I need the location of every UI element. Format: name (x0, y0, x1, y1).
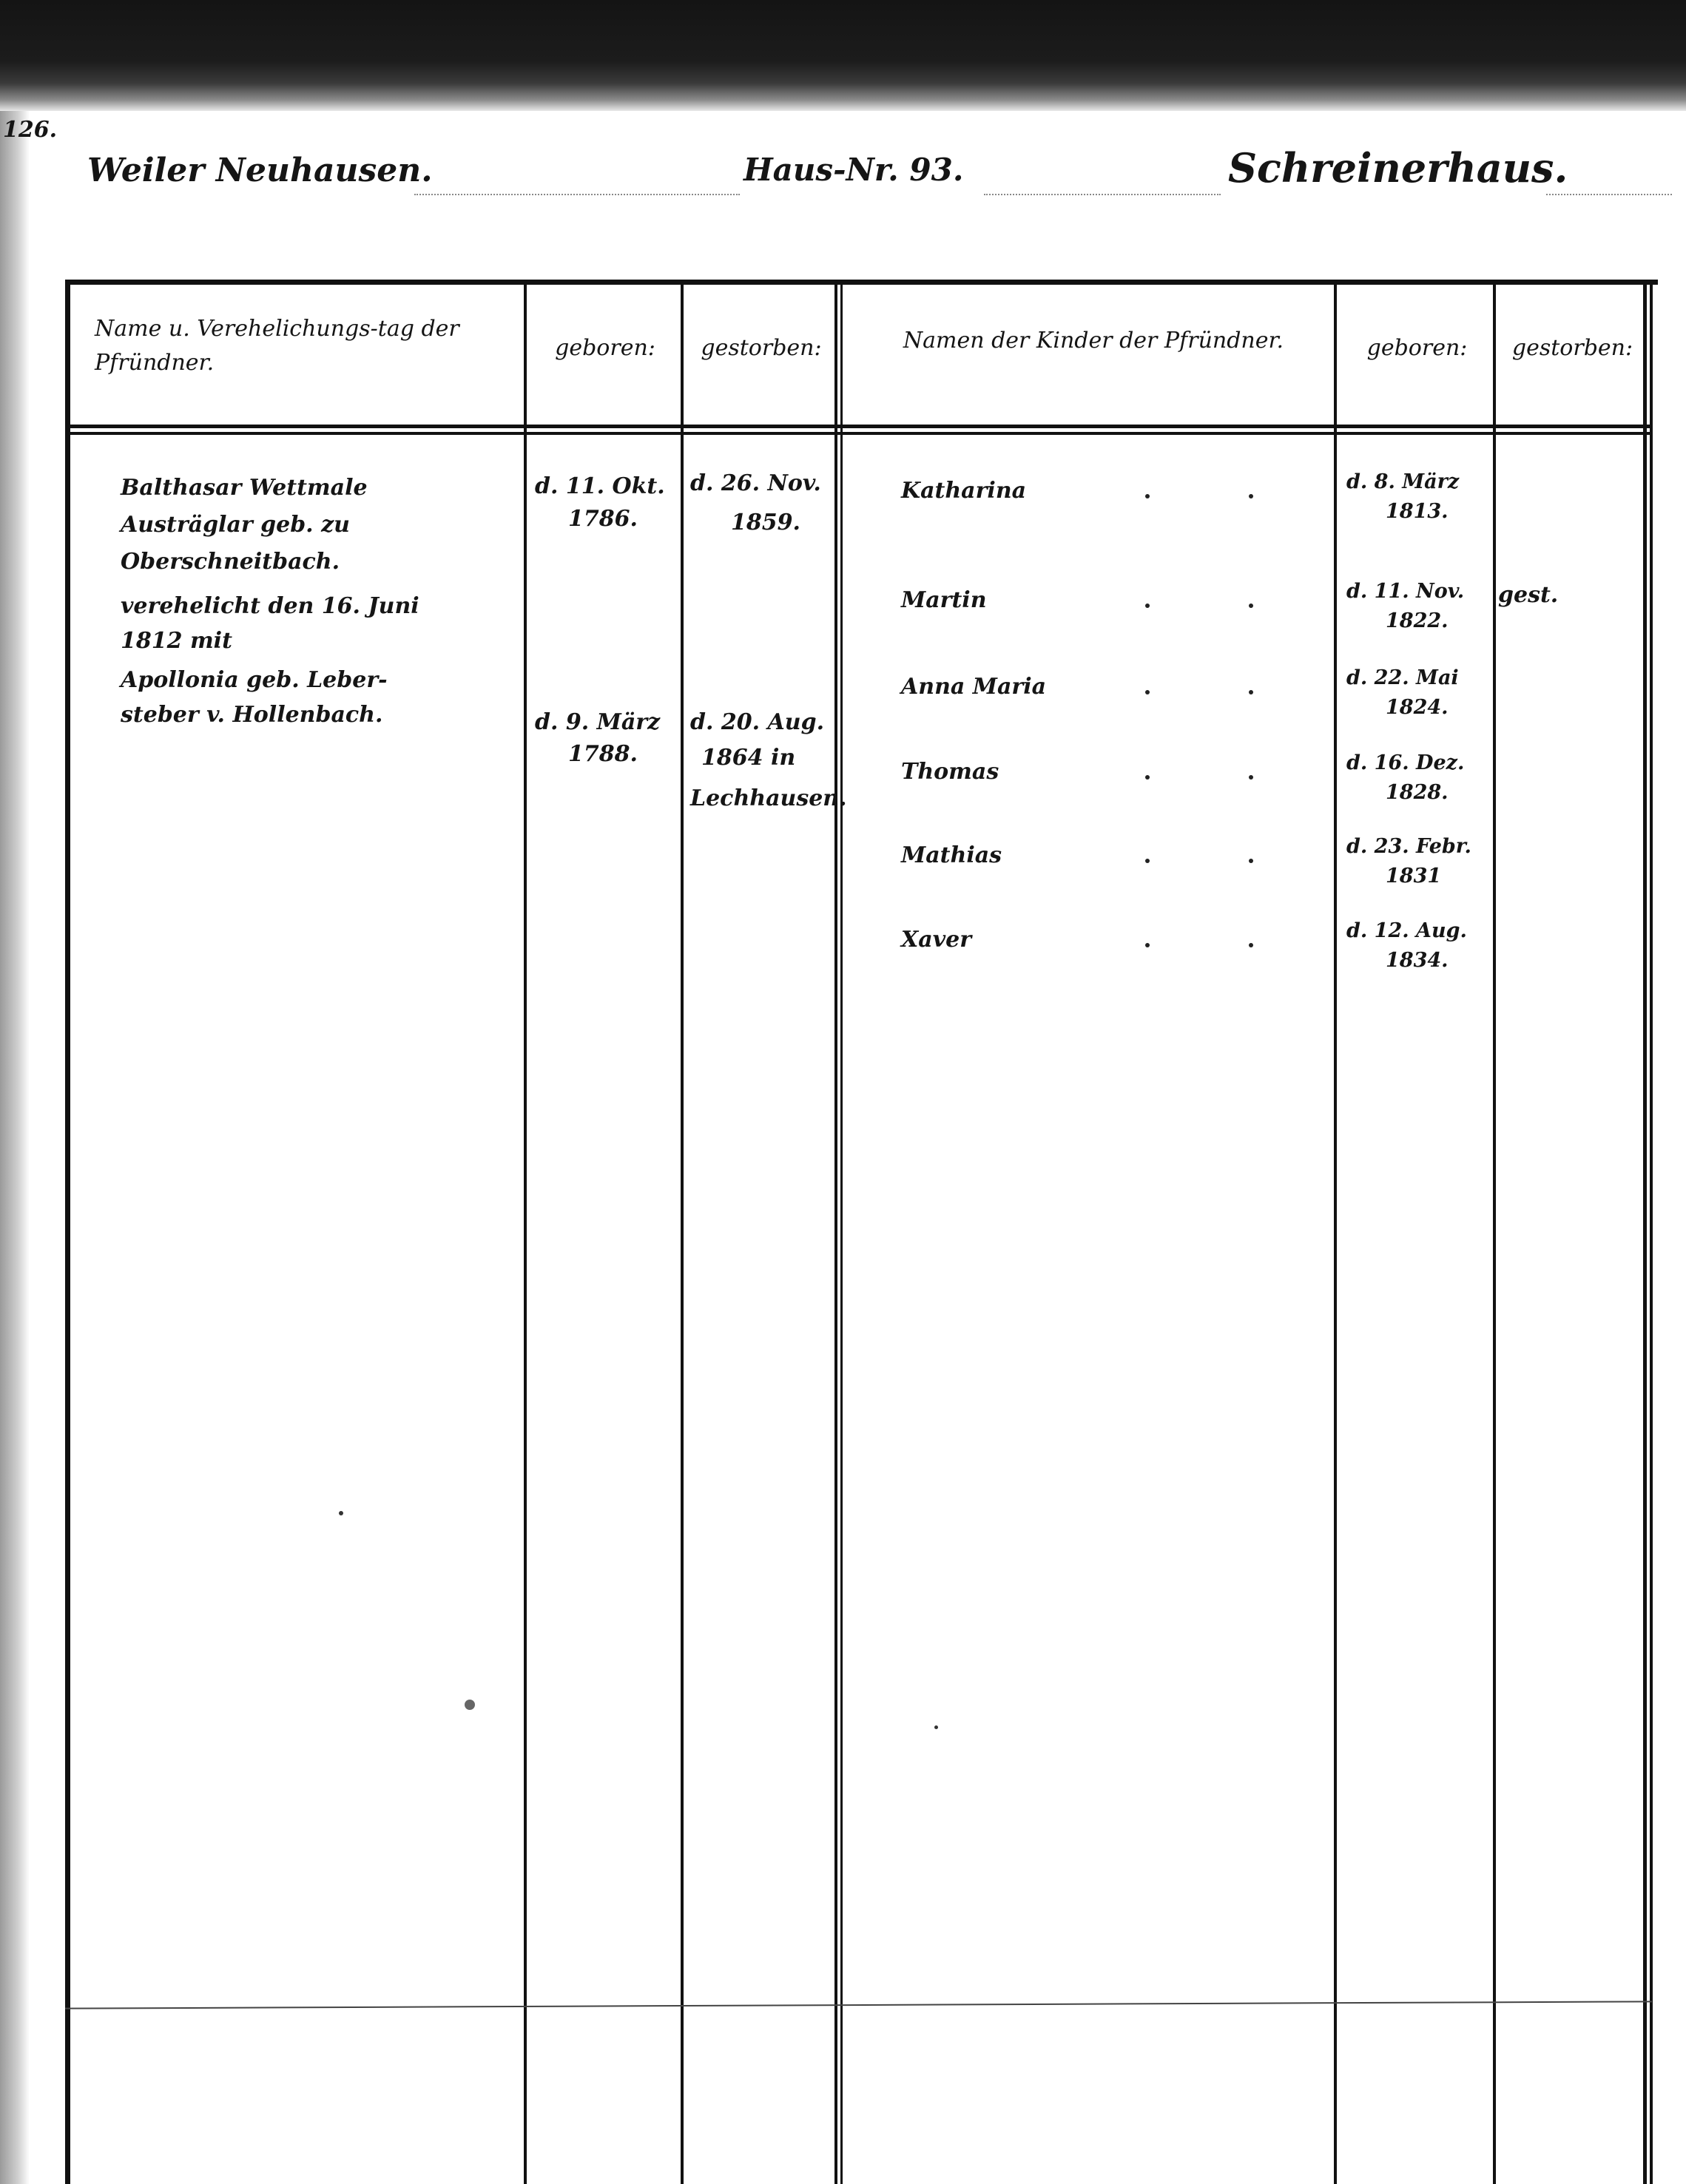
column-divider (1493, 280, 1496, 2184)
register-table: Name u. Verehelichungs-tag der Pfründner… (65, 280, 1652, 2184)
house-number: Haus-Nr. 93. (743, 152, 964, 188)
husband-born: d. 11. Okt. (535, 469, 665, 504)
parents-line: 1812 mit (121, 623, 232, 659)
husband-born-year: 1786. (568, 501, 638, 537)
wife-born: d. 9. März (535, 705, 660, 740)
header-parent-born: geboren: (539, 331, 672, 365)
paper-speck (934, 1725, 938, 1729)
leader-dot (1145, 859, 1150, 863)
page-number: 126. (3, 117, 57, 143)
parents-line: verehelicht den 16. Juni (121, 589, 419, 624)
child-name: Martin (901, 583, 987, 618)
house-name: Schreinerhaus. (1228, 144, 1568, 192)
husband-died: d. 26. Nov. (690, 466, 821, 501)
column-divider (834, 280, 837, 2184)
child-name: Anna Maria (901, 669, 1046, 705)
leader-dot (1145, 943, 1150, 947)
header-parent-name: Name u. Verehelichungs-tag der Pfründner… (95, 312, 509, 380)
lower-rule (65, 2001, 1652, 2009)
child-born-year: 1822. (1386, 604, 1449, 639)
scan-dark-border (0, 0, 1686, 111)
place-name: Weiler Neuhausen. (87, 152, 433, 189)
leader-dot (1145, 775, 1150, 780)
wife-died-place: Lechhausen. (690, 781, 847, 817)
leader-dot (1145, 690, 1150, 694)
leader-dot (1249, 859, 1253, 863)
column-divider-double (840, 280, 843, 2184)
paper-speck (465, 1700, 475, 1710)
table-left-border (65, 280, 70, 2184)
child-born-year: 1834. (1386, 943, 1449, 978)
child-died: gest. (1498, 578, 1558, 613)
child-name: Katharina (901, 473, 1026, 509)
column-divider (681, 280, 684, 2184)
column-divider (1334, 280, 1337, 2184)
parents-line: Oberschneitbach. (121, 544, 340, 580)
table-top-border (65, 280, 1658, 285)
paper-speck (339, 1511, 343, 1515)
child-born-year: 1831 (1386, 859, 1441, 894)
child-born-year: 1813. (1386, 494, 1449, 530)
heading-rule (984, 194, 1221, 195)
leader-dot (1249, 494, 1253, 498)
scan-left-shadow (0, 111, 30, 2184)
header-rule (65, 425, 1652, 428)
leader-dot (1249, 943, 1253, 947)
header-parent-died: gestorben: (691, 331, 832, 365)
wife-died: d. 20. Aug. (690, 705, 824, 740)
child-name: Mathias (901, 838, 1002, 873)
child-born-year: 1828. (1386, 775, 1449, 811)
column-divider (524, 280, 527, 2184)
header-rule-2 (65, 432, 1652, 435)
child-born-year: 1824. (1386, 690, 1449, 726)
heading-rule (1546, 194, 1672, 195)
header-child-died: gestorben: (1500, 331, 1645, 365)
child-name: Xaver (901, 922, 971, 958)
heading-rule (414, 194, 740, 195)
wife-died-year: 1864 in (701, 740, 795, 776)
parents-line: steber v. Hollenbach. (121, 697, 382, 733)
leader-dot (1249, 775, 1253, 780)
leader-dot (1145, 604, 1150, 608)
child-name: Thomas (901, 754, 999, 790)
parents-line: Apollonia geb. Leber- (121, 663, 388, 698)
header-children-names: Namen der Kinder der Pfründner. (871, 324, 1315, 358)
leader-dot (1145, 494, 1150, 498)
table-right-border (1643, 280, 1647, 2184)
leader-dot (1249, 690, 1253, 694)
leader-dot (1249, 604, 1253, 608)
header-child-born: geboren: (1345, 331, 1489, 365)
parents-line: Balthasar Wettmale (121, 470, 368, 506)
husband-died-year: 1859. (731, 505, 800, 541)
table-right-border-inner (1650, 280, 1653, 2184)
wife-born-year: 1788. (568, 737, 638, 772)
parents-line: Austräglar geb. zu (121, 507, 350, 543)
